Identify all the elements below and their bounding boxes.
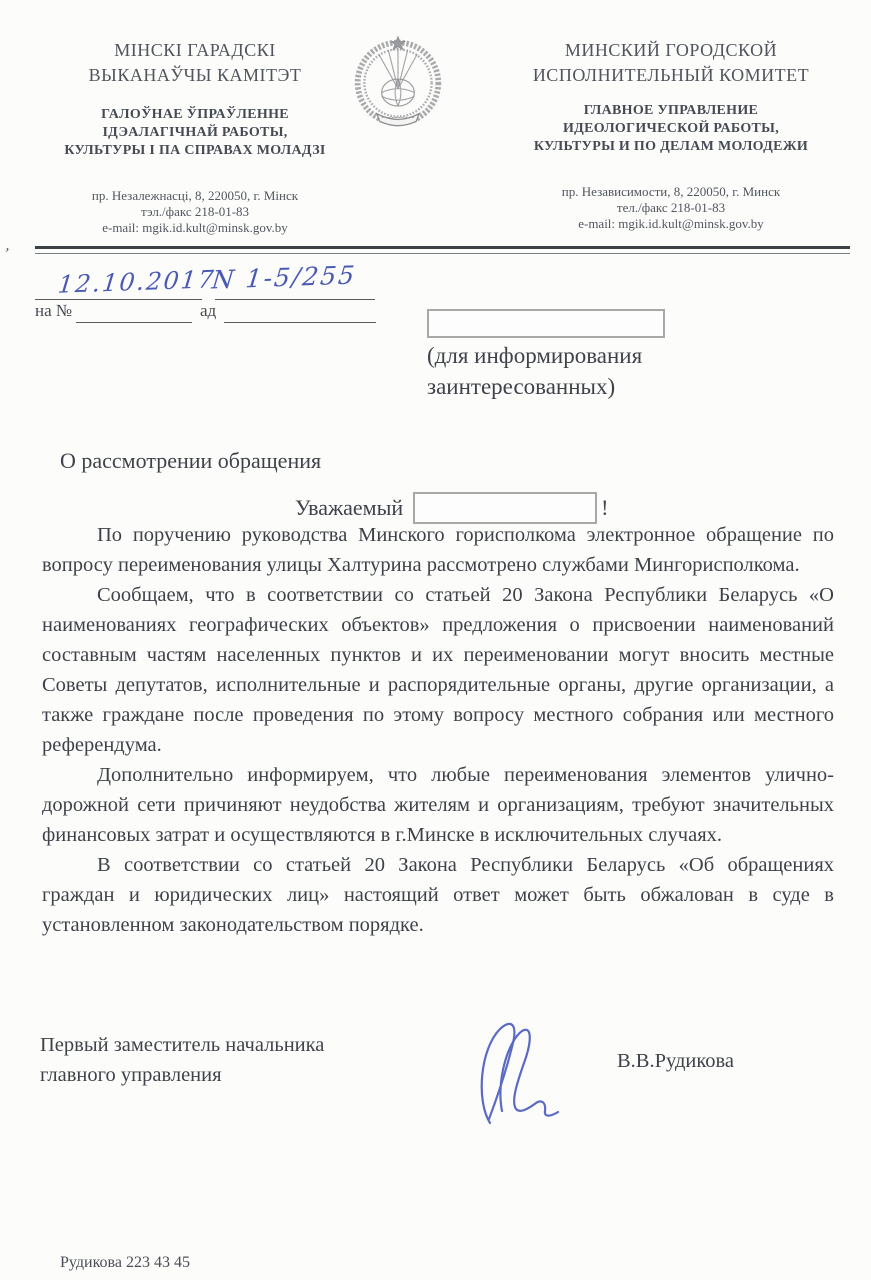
body-paragraph-3: Дополнительно информируем, что любые пер… bbox=[42, 760, 834, 850]
org-name-by-line1: МІНСКІ ГАРАДСКІ bbox=[30, 38, 360, 63]
signer-title: Первый заместитель начальника главного у… bbox=[40, 1030, 324, 1090]
address-by-line2: тэл./факс 218-01-83 bbox=[30, 204, 360, 220]
signer-name: В.В.Рудикова bbox=[617, 1050, 734, 1073]
address-ru-line1: пр. Независимости, 8, 220050, г. Минск bbox=[492, 184, 850, 200]
scan-pen-tick: ’ bbox=[3, 246, 11, 264]
address-by-line1: пр. Незалежнасці, 8, 220050, г. Мінск bbox=[30, 188, 360, 204]
department-ru-line3: КУЛЬТУРЫ И ПО ДЕЛАМ МОЛОДЕЖИ bbox=[492, 138, 850, 156]
subject-line: О рассмотрении обращения bbox=[60, 448, 321, 474]
body-paragraph-1: По поручению руководства Минского горисп… bbox=[42, 520, 834, 580]
address-by-line3: e-mail: mgik.id.kult@minsk.gov.by bbox=[30, 220, 360, 236]
department-ru-line2: ИДЕОЛОГИЧЕСКОЙ РАБОТЫ, bbox=[492, 120, 850, 138]
salutation-prefix: Уважаемый bbox=[295, 495, 403, 521]
org-name-by-line2: ВЫКАНАЎЧЫ КАМІТЭТ bbox=[30, 63, 360, 88]
incoming-number-label: на № bbox=[35, 301, 72, 321]
letter-body: По поручению руководства Минского горисп… bbox=[42, 520, 834, 940]
org-name-ru: МИНСКИЙ ГОРОДСКОЙ ИСПОЛНИТЕЛЬНЫЙ КОМИТЕТ bbox=[492, 38, 850, 88]
date-underline bbox=[35, 299, 202, 300]
handwritten-date: 12.10.2017 bbox=[57, 265, 217, 299]
department-by-line2: ІДЭАЛАГІЧНАЙ РАБОТЫ, bbox=[30, 124, 360, 142]
recipient-redaction-box bbox=[427, 309, 665, 338]
handwritten-signature-icon bbox=[462, 1015, 582, 1135]
recipient-note-line1: (для информирования bbox=[427, 340, 642, 371]
address-ru-line2: тел./факс 218-01-83 bbox=[492, 200, 850, 216]
belarus-state-emblem-icon bbox=[350, 33, 446, 129]
incoming-date-label: ад bbox=[200, 301, 216, 321]
executor-contact: Рудикова 223 43 45 bbox=[60, 1254, 190, 1272]
org-name-ru-line1: МИНСКИЙ ГОРОДСКОЙ bbox=[492, 38, 850, 63]
signer-title-line1: Первый заместитель начальника bbox=[40, 1030, 324, 1060]
address-by: пр. Незалежнасці, 8, 220050, г. Мінск тэ… bbox=[30, 188, 360, 236]
incoming-number-underline bbox=[76, 322, 192, 323]
org-name-by: МІНСКІ ГАРАДСКІ ВЫКАНАЎЧЫ КАМІТЭТ bbox=[30, 38, 360, 88]
department-by-line3: КУЛЬТУРЫ І ПА СПРАВАХ МОЛАДЗІ bbox=[30, 142, 360, 160]
department-ru: ГЛАВНОЕ УПРАВЛЕНИЕ ИДЕОЛОГИЧЕСКОЙ РАБОТЫ… bbox=[492, 102, 850, 156]
body-paragraph-4: В соответствии со статьей 20 Закона Респ… bbox=[42, 850, 834, 940]
body-paragraph-2: Сообщаем, что в соответствии со статьей … bbox=[42, 580, 834, 760]
letterhead-rule-thick bbox=[35, 246, 850, 249]
signer-title-line2: главного управления bbox=[40, 1060, 324, 1090]
letterhead-rule-thin bbox=[35, 253, 850, 254]
address-ru: пр. Независимости, 8, 220050, г. Минск т… bbox=[492, 184, 850, 232]
number-underline bbox=[215, 299, 375, 300]
address-ru-line3: e-mail: mgik.id.kult@minsk.gov.by bbox=[492, 216, 850, 232]
letter-page: МІНСКІ ГАРАДСКІ ВЫКАНАЎЧЫ КАМІТЭТ ГАЛОЎН… bbox=[0, 0, 871, 1280]
letterhead-right: МИНСКИЙ ГОРОДСКОЙ ИСПОЛНИТЕЛЬНЫЙ КОМИТЕТ… bbox=[492, 38, 850, 232]
department-ru-line1: ГЛАВНОЕ УПРАВЛЕНИЕ bbox=[492, 102, 850, 120]
org-name-ru-line2: ИСПОЛНИТЕЛЬНЫЙ КОМИТЕТ bbox=[492, 63, 850, 88]
incoming-date-underline bbox=[224, 322, 376, 323]
department-by: ГАЛОЎНАЕ ЎПРАЎЛЕННЕ ІДЭАЛАГІЧНАЙ РАБОТЫ,… bbox=[30, 106, 360, 160]
department-by-line1: ГАЛОЎНАЕ ЎПРАЎЛЕННЕ bbox=[30, 106, 360, 124]
handwritten-outgoing-number: N 1-5/255 bbox=[211, 260, 358, 294]
salutation-suffix: ! bbox=[601, 495, 608, 521]
letterhead-left: МІНСКІ ГАРАДСКІ ВЫКАНАЎЧЫ КАМІТЭТ ГАЛОЎН… bbox=[30, 38, 360, 236]
recipient-note: (для информирования заинтересованных) bbox=[427, 340, 642, 402]
recipient-note-line2: заинтересованных) bbox=[427, 371, 642, 402]
